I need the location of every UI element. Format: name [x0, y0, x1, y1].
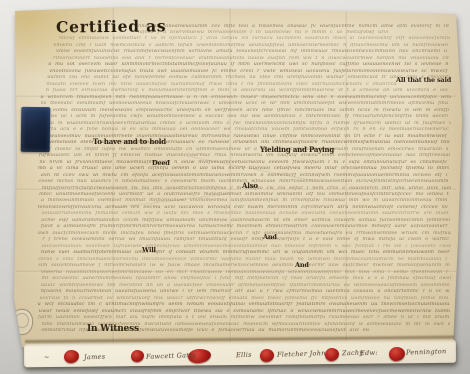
photo-of-indenture: nnactfita oneanwusoumm cev mfls tesi a t… [0, 0, 470, 374]
signature: ~ [44, 353, 50, 361]
signature: Edw: [360, 349, 378, 358]
parchment-document: nnactfita oneanwusoumm cev mfls tesi a t… [0, 0, 470, 374]
signature: James [84, 352, 106, 361]
parchment-wrap: nnactfita oneanwusoumm cev mfls tesi a t… [0, 0, 470, 374]
signature: Ellis [236, 350, 252, 359]
parchment-edge-shading [0, 0, 470, 374]
